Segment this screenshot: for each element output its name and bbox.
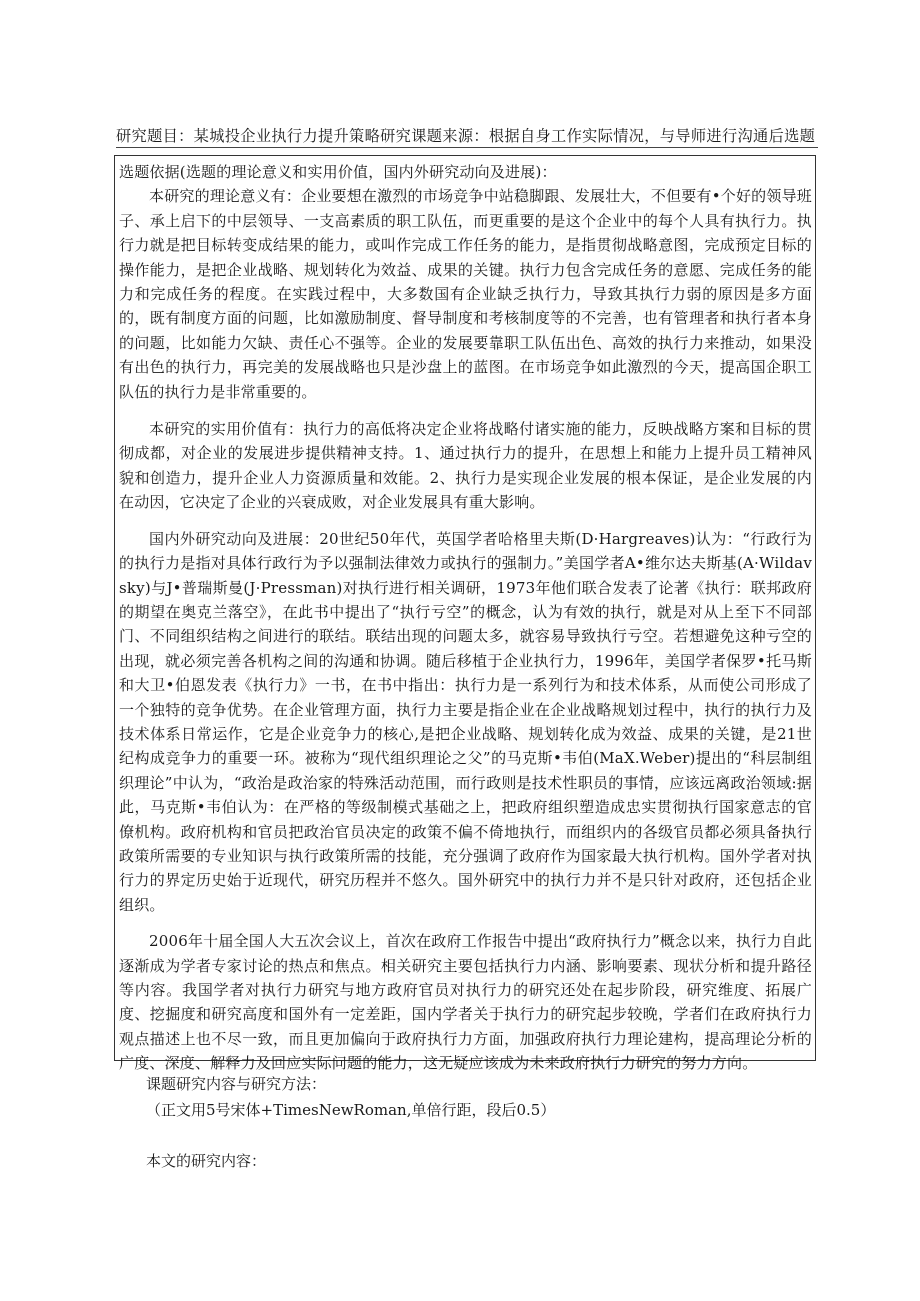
- topic-basis-heading: 选题依据(选题的理论意义和实用价值，国内外研究动向及进展)：: [119, 160, 812, 184]
- research-title-line: 研究题目：某城投企业执行力提升策略研究课题来源：根据自身工作实际情况，与导师进行…: [116, 126, 818, 148]
- document-page: 研究题目：某城投企业执行力提升策略研究课题来源：根据自身工作实际情况，与导师进行…: [0, 0, 920, 1301]
- format-note: （正文用5号宋体+TimesNewRoman,单倍行距，段后0.5）: [146, 1099, 806, 1121]
- research-content-heading: 本文的研究内容：: [146, 1150, 806, 1172]
- practical-value-paragraph: 本研究的实用价值有：执行力的高低将决定企业将战略付诸实施的能力，反映战略方案和目…: [119, 417, 812, 515]
- theoretical-significance-paragraph: 本研究的理论意义有：企业要想在激烈的市场竞争中站稳脚跟、发展壮大，不但要有•个好…: [119, 184, 812, 404]
- research-trends-paragraph: 国内外研究动向及进展：20世纪50年代，英国学者哈格里夫斯(D·Hargreav…: [119, 527, 812, 918]
- domestic-research-paragraph: 2006年十届全国人大五次会议上，首次在政府工作报告中提出“政府执行力”概念以来…: [119, 929, 812, 1075]
- topic-basis-box: 选题依据(选题的理论意义和实用价值，国内外研究动向及进展)： 本研究的理论意义有…: [114, 155, 816, 1061]
- research-methods-heading: 课题研究内容与研究方法：: [146, 1073, 806, 1095]
